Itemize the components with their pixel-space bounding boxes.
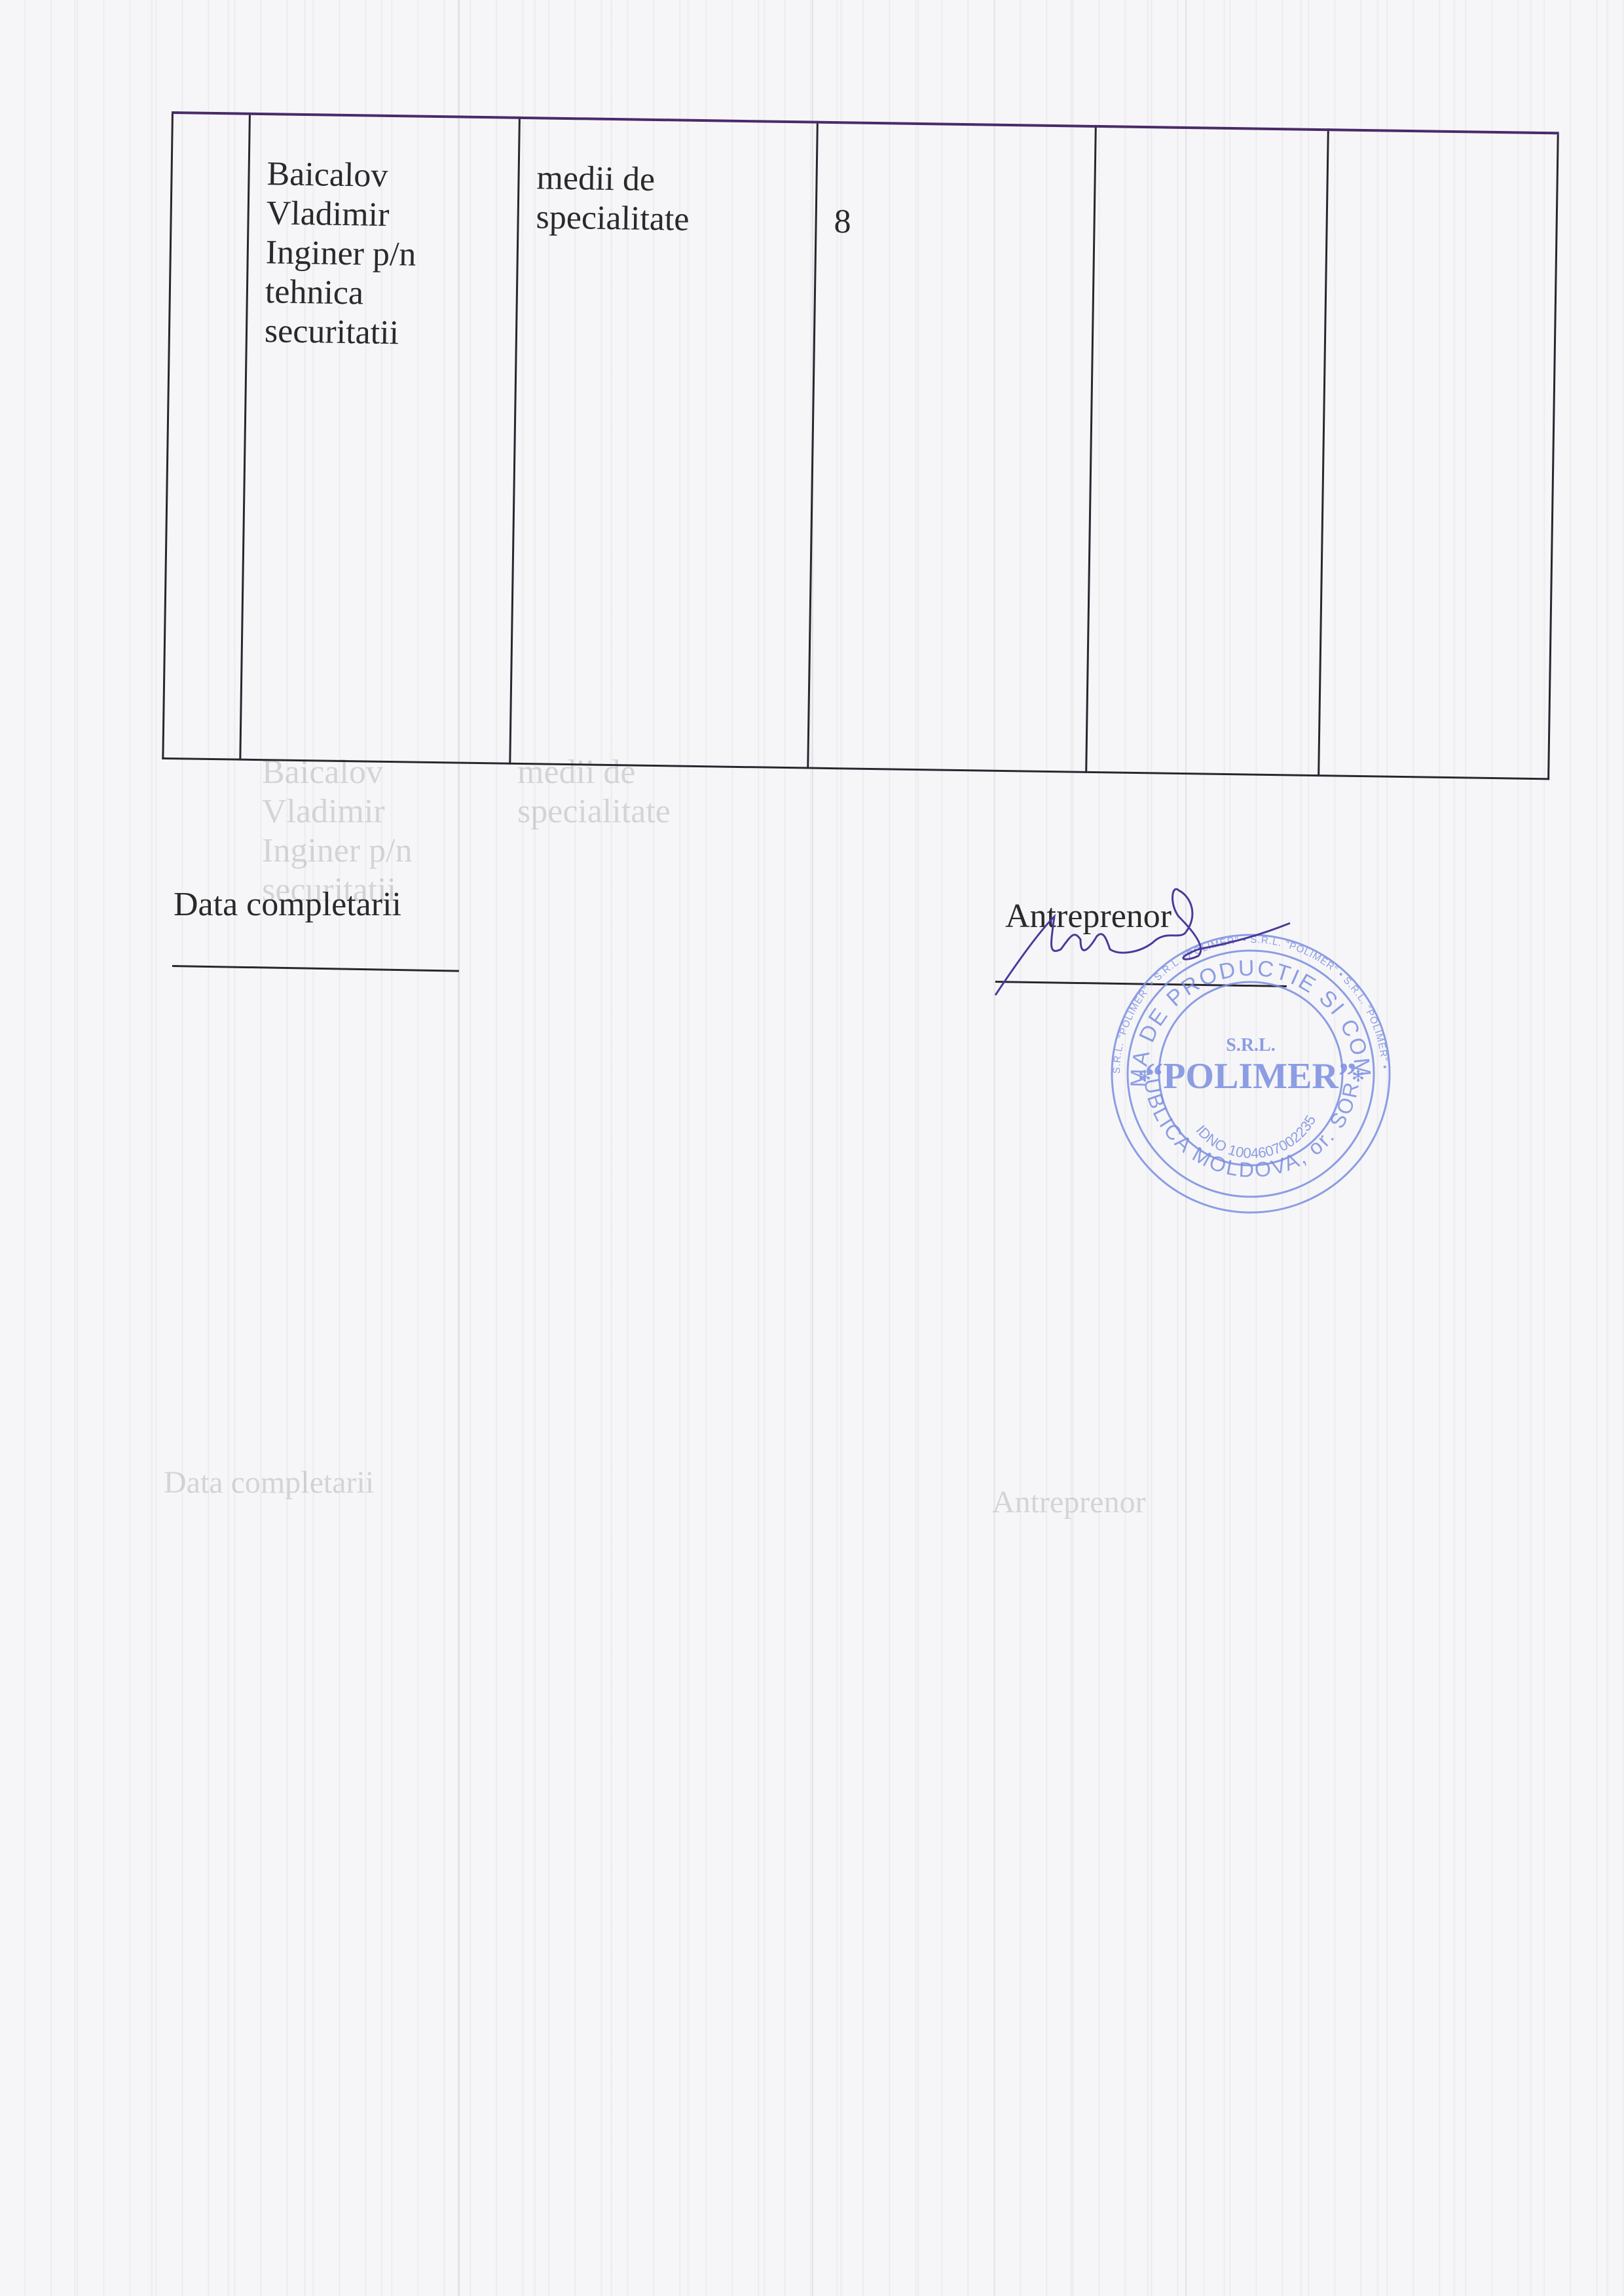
cell-name-position: Baicalov Vladimir Inginer p/n tehnica se… xyxy=(240,114,520,764)
date-signature-line xyxy=(172,965,459,972)
cell-empty-2 xyxy=(1319,130,1559,779)
bleed-through-date-label: Data completarii xyxy=(164,1463,374,1503)
svg-text:S.R.L.: S.R.L. xyxy=(1226,1035,1275,1055)
svg-text:✻: ✻ xyxy=(1352,1068,1365,1085)
employee-name-position: Baicalov Vladimir Inginer p/n tehnica se… xyxy=(265,155,518,355)
cell-number xyxy=(163,113,250,759)
staff-table-grid: Baicalov Vladimir Inginer p/n tehnica se… xyxy=(162,111,1559,780)
staff-table: Baicalov Vladimir Inginer p/n tehnica se… xyxy=(162,111,1557,780)
cell-education: medii de specialitate xyxy=(510,118,818,768)
svg-text:✻: ✻ xyxy=(1138,1068,1151,1085)
cell-empty-1 xyxy=(1086,126,1329,776)
cell-value: 8 xyxy=(808,122,1096,773)
value-number: 8 xyxy=(834,163,1094,246)
table-row: Baicalov Vladimir Inginer p/n tehnica se… xyxy=(163,113,1558,779)
bleed-through-entrepreneur-label: Antreprenor xyxy=(992,1483,1146,1522)
education-level: medii de specialitate xyxy=(536,158,816,241)
signature-icon xyxy=(982,877,1388,1008)
svg-text:“POLIMER”: “POLIMER” xyxy=(1145,1056,1357,1097)
date-completed-label: Data completarii xyxy=(174,885,401,924)
